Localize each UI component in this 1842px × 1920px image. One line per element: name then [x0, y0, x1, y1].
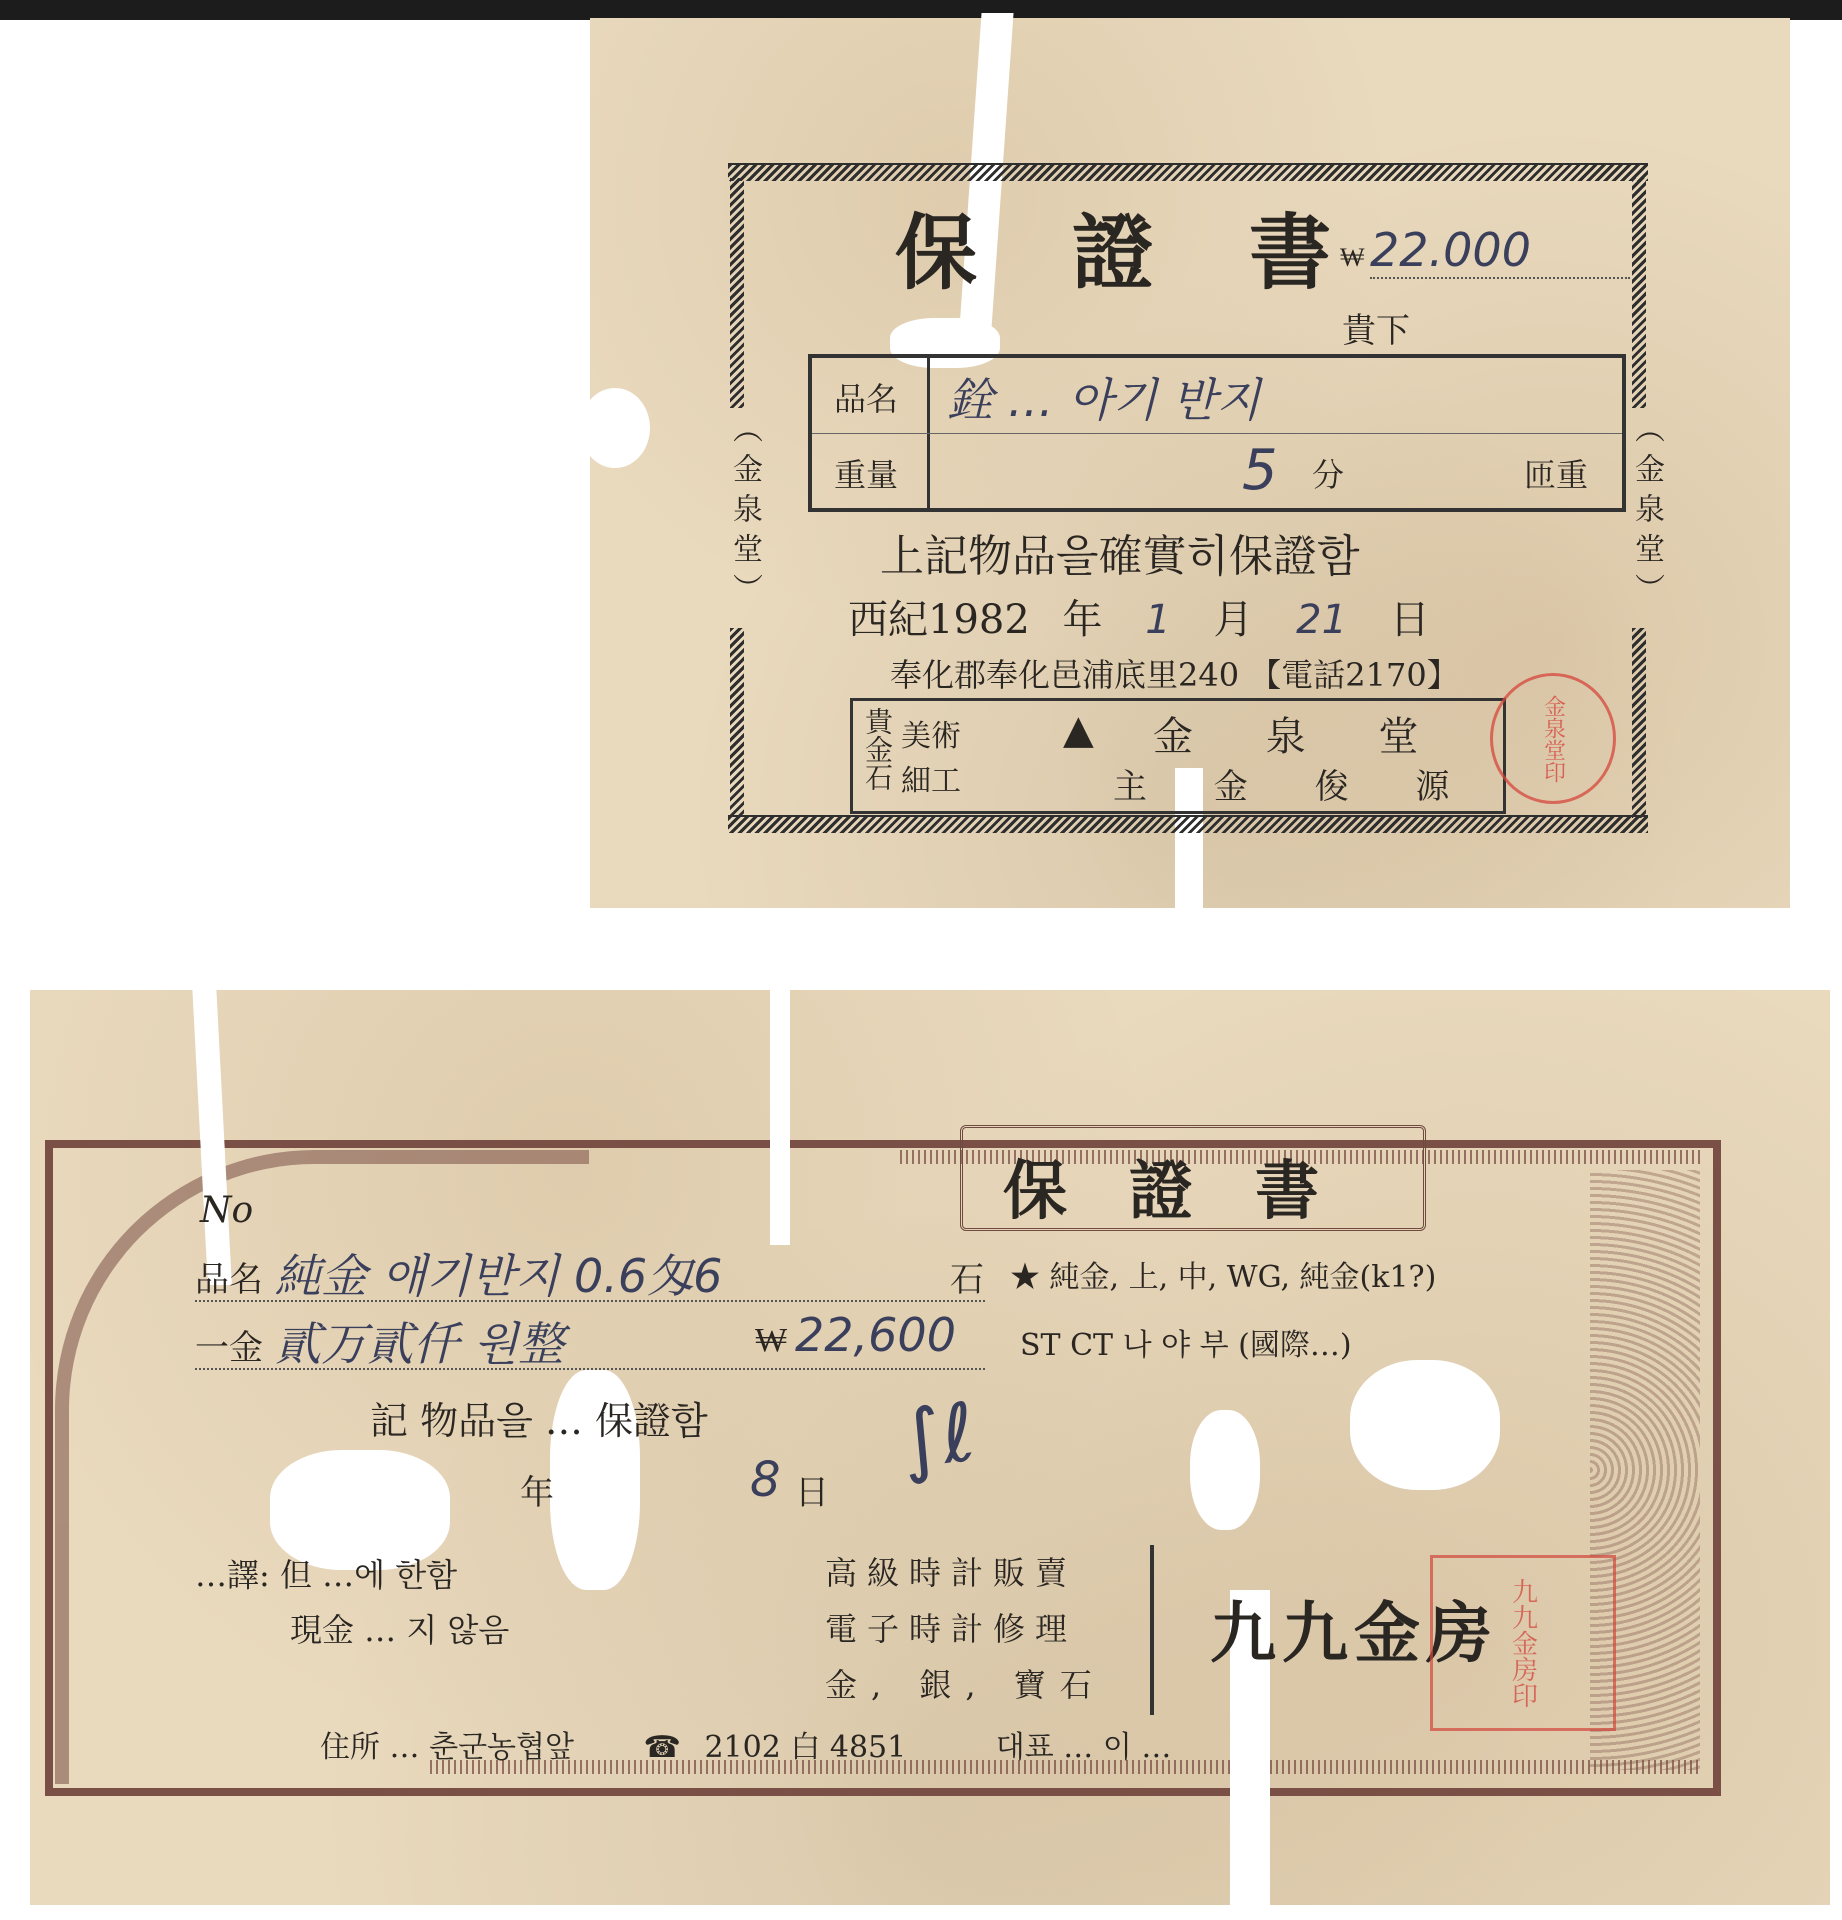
paper-tear — [770, 985, 790, 1245]
number-label: No — [200, 1190, 253, 1231]
guarantee-statement: 記 物品을 … 保證함 — [370, 1390, 708, 1445]
field-label-item-name: 品名 — [834, 374, 898, 420]
hatched-border-right — [1632, 178, 1646, 408]
field-value-weight: 5 — [1242, 438, 1278, 503]
document-title: 保證書 — [1003, 1140, 1381, 1232]
address-label: 住所 — [320, 1730, 380, 1765]
paper-tear — [1350, 1360, 1500, 1490]
representative: 대표 … 이 … — [996, 1730, 1172, 1765]
item-name-row: 品名 純金 애기반지 0.6匁6 石 — [195, 1252, 985, 1302]
amount-currency: ₩ — [1340, 243, 1365, 273]
note-line-2: 現金 … 지 않음 — [290, 1605, 509, 1651]
guarantee-statement: 上記物品을確實히保證함 — [880, 520, 1360, 584]
date-era: 西紀 — [848, 597, 928, 643]
date-day: 21 — [1296, 597, 1347, 643]
triangle-icon: ▲ — [1063, 707, 1094, 753]
table-row-divider — [812, 433, 1622, 434]
note-line-1: …譯: 但 …에 한함 — [195, 1550, 457, 1596]
title-box: 保證書 — [960, 1125, 1426, 1231]
date-year: 1982 — [928, 597, 1030, 643]
field-label-weight: 重量 — [834, 450, 898, 496]
service-art: 美術 — [901, 711, 961, 755]
shop-phone: 【電話2170】 — [1249, 656, 1458, 694]
item-unit: 石 — [950, 1252, 984, 1301]
paper-tear — [580, 388, 650, 468]
shop-name: 金 泉 堂 — [1153, 705, 1448, 762]
red-square-seal: 九九金房印 — [1430, 1555, 1616, 1731]
scanner-top-edge — [0, 0, 1842, 20]
recipient-label: 貴下 — [1342, 303, 1410, 352]
handwritten-signature: ∫ℓ — [894, 1385, 981, 1487]
item-table: 品名 銓 … 아기 반지 重量 5 分 匝重 — [808, 354, 1626, 512]
shop-side-marks: 貴金石 — [861, 707, 893, 791]
amount-handwritten: 22,600 — [795, 1308, 956, 1362]
weight-suffix: 匝重 — [1524, 450, 1588, 496]
shop-info-box: 貴金石 美術 細工 ▲ 金 泉 堂 主 金 俊 源 — [850, 698, 1506, 814]
phone-icon: ☎ — [644, 1730, 681, 1765]
paper-tear — [1190, 1410, 1260, 1530]
warranty-certificate-2: 保證書 No 品名 純金 애기반지 0.6匁6 石 ★ 純金, 上, 中, WG… — [30, 990, 1830, 1905]
address-line: 奉化郡奉化邑浦底里240 【電話2170】 — [890, 650, 1459, 696]
field-label-amount: 一金 — [195, 1320, 263, 1369]
day-unit: 日 — [1390, 597, 1430, 643]
year-unit: 年 — [520, 1465, 554, 1514]
warranty-certificate-1: （金泉堂） （金泉堂） 保證書 ₩ 22.000 貴下 品名 銓 … 아기 반지… — [590, 18, 1790, 908]
service-options: ST CT 나 야 부 (國際…) — [1020, 1320, 1352, 1364]
day-unit: 日 — [795, 1465, 829, 1514]
karat-options: ★ 純金, 上, 中, WG, 純金(k1?) — [1010, 1252, 1436, 1296]
amount-currency: ₩ — [755, 1320, 787, 1360]
hatched-border-left — [730, 628, 744, 818]
hatched-border-left — [730, 178, 744, 408]
field-label-item-name: 品名 — [195, 1252, 263, 1301]
weight-unit: 分 — [1312, 450, 1344, 496]
month-unit: 月 — [1213, 597, 1253, 643]
hatched-border-right — [1632, 628, 1646, 818]
field-value-item-name: 純金 애기반지 0.6匁6 — [275, 1240, 722, 1306]
service-jewelry: 金, 銀, 寶石 — [825, 1660, 1106, 1706]
shop-address: 奉化郡奉化邑浦底里240 — [890, 656, 1239, 694]
services-divider — [1150, 1545, 1154, 1715]
shop-address: … 춘군농협앞 — [390, 1730, 574, 1765]
hatched-border-bottom — [728, 815, 1648, 833]
date-day: 8 — [750, 1452, 781, 1508]
amount-row: 一金 貳万貳仟 원整 ₩ 22,600 — [195, 1320, 985, 1370]
shop-owner: 主 金 俊 源 — [1113, 759, 1477, 808]
service-craft: 細工 — [901, 756, 961, 800]
year-unit: 年 — [1063, 597, 1103, 643]
amount-in-words: 貳万貳仟 원整 — [275, 1308, 564, 1374]
side-label-right: （金泉堂） — [1624, 413, 1668, 613]
field-value-item-name: 銓 … 아기 반지 — [947, 364, 1261, 430]
service-watch-sales: 高級時計販賣 — [825, 1548, 1077, 1594]
address-row: 住所 … 춘군농협앞 ☎ 2102 白 4851 대표 … 이 … — [320, 1722, 1171, 1766]
service-watch-repair: 電子時計修理 — [825, 1604, 1077, 1650]
side-label-left: （金泉堂） — [722, 413, 766, 613]
red-seal-stamp: 金泉堂印 — [1490, 673, 1616, 804]
shop-phone: 2102 白 4851 — [704, 1730, 906, 1765]
hatched-border-top — [728, 163, 1648, 181]
amount-handwritten: 22.000 — [1370, 223, 1630, 279]
date-month: 1 — [1145, 597, 1170, 643]
date-line: 西紀1982 年 1 月 21 日 — [848, 588, 1430, 645]
